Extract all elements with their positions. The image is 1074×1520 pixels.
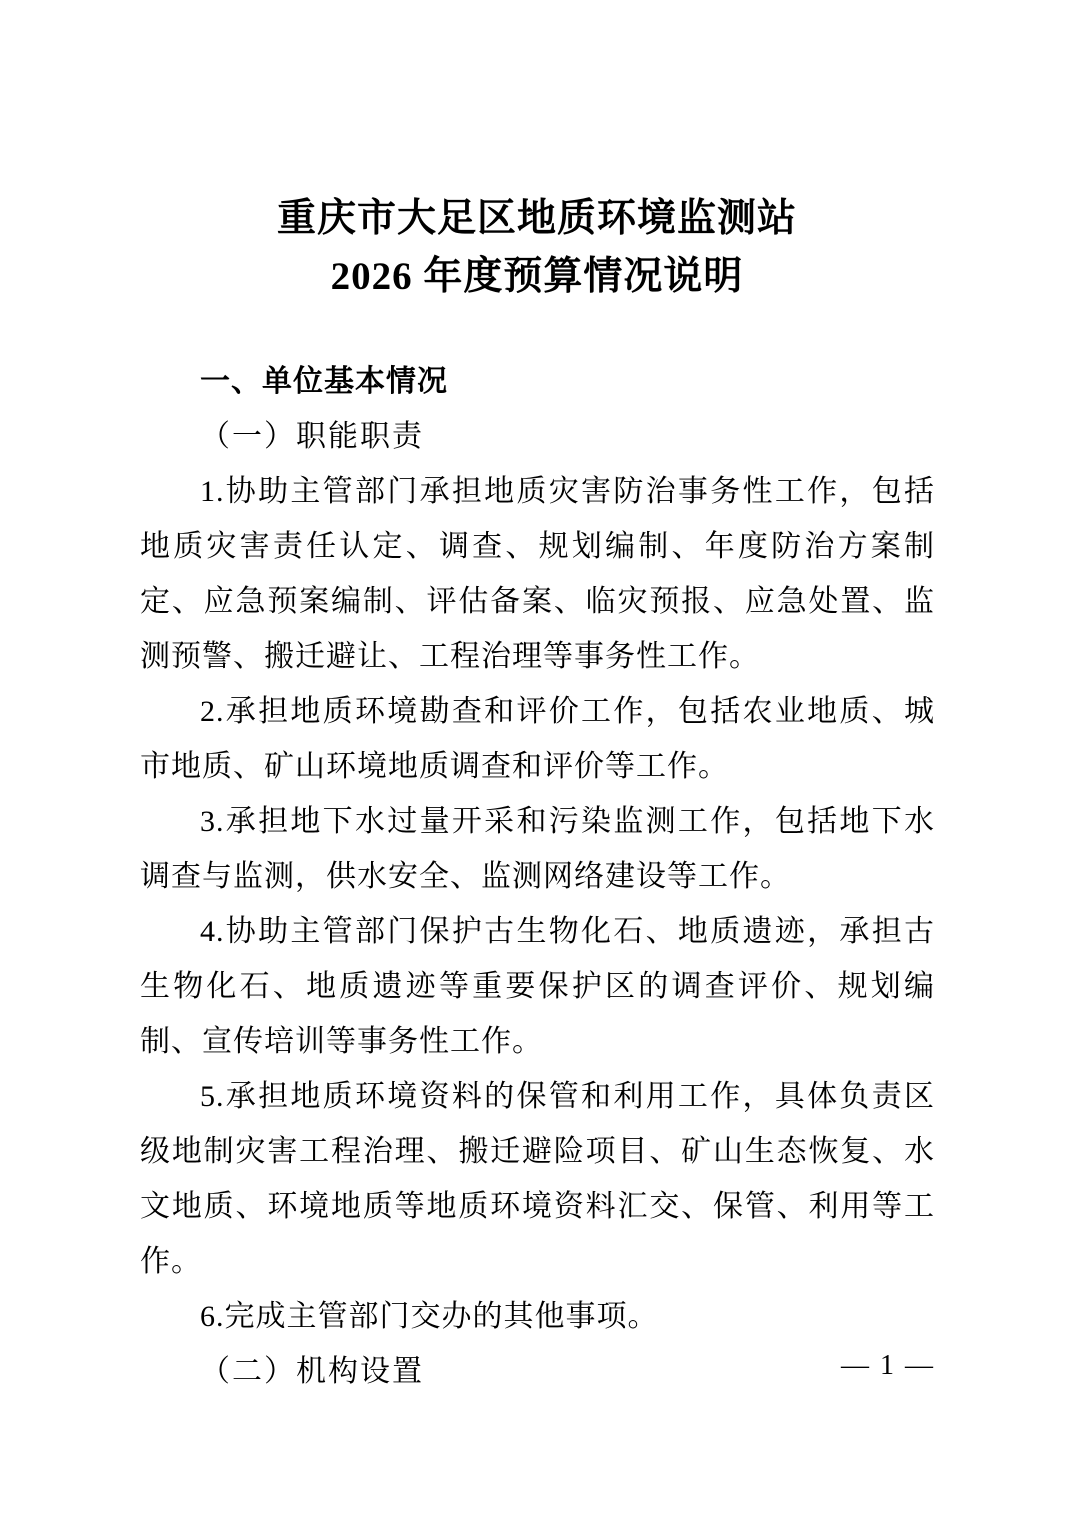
subsection-heading-organization: （二）机构设置 [140, 1344, 935, 1399]
subsection-heading-duties: （一）职能职责 [140, 409, 935, 464]
paragraph-duty-5: 5.承担地质环境资料的保管和利用工作，具体负责区级地制灾害工程治理、搬迁避险项目… [140, 1069, 935, 1289]
paragraph-duty-1: 1.协助主管部门承担地质灾害防治事务性工作，包括地质灾害责任认定、调查、规划编制… [140, 464, 935, 684]
paragraph-duty-4: 4.协助主管部门保护古生物化石、地质遗迹，承担古生物化石、地质遗迹等重要保护区的… [140, 904, 935, 1069]
page-number: — 1 — [841, 1346, 935, 1386]
document-title-line-2: 2026 年度预算情况说明 [0, 248, 1074, 306]
document-title: 重庆市大足区地质环境监测站 2026 年度预算情况说明 [0, 0, 1074, 306]
document-page: 重庆市大足区地质环境监测站 2026 年度预算情况说明 一、单位基本情况 （一）… [0, 0, 1074, 1520]
document-title-line-1: 重庆市大足区地质环境监测站 [0, 190, 1074, 248]
paragraph-duty-6: 6.完成主管部门交办的其他事项。 [140, 1289, 935, 1344]
document-body: 一、单位基本情况 （一）职能职责 1.协助主管部门承担地质灾害防治事务性工作，包… [140, 354, 935, 1399]
section-heading-basic-info: 一、单位基本情况 [140, 354, 935, 409]
paragraph-duty-2: 2.承担地质环境勘查和评价工作，包括农业地质、城市地质、矿山环境地质调查和评价等… [140, 684, 935, 794]
paragraph-duty-3: 3.承担地下水过量开采和污染监测工作，包括地下水调查与监测，供水安全、监测网络建… [140, 794, 935, 904]
